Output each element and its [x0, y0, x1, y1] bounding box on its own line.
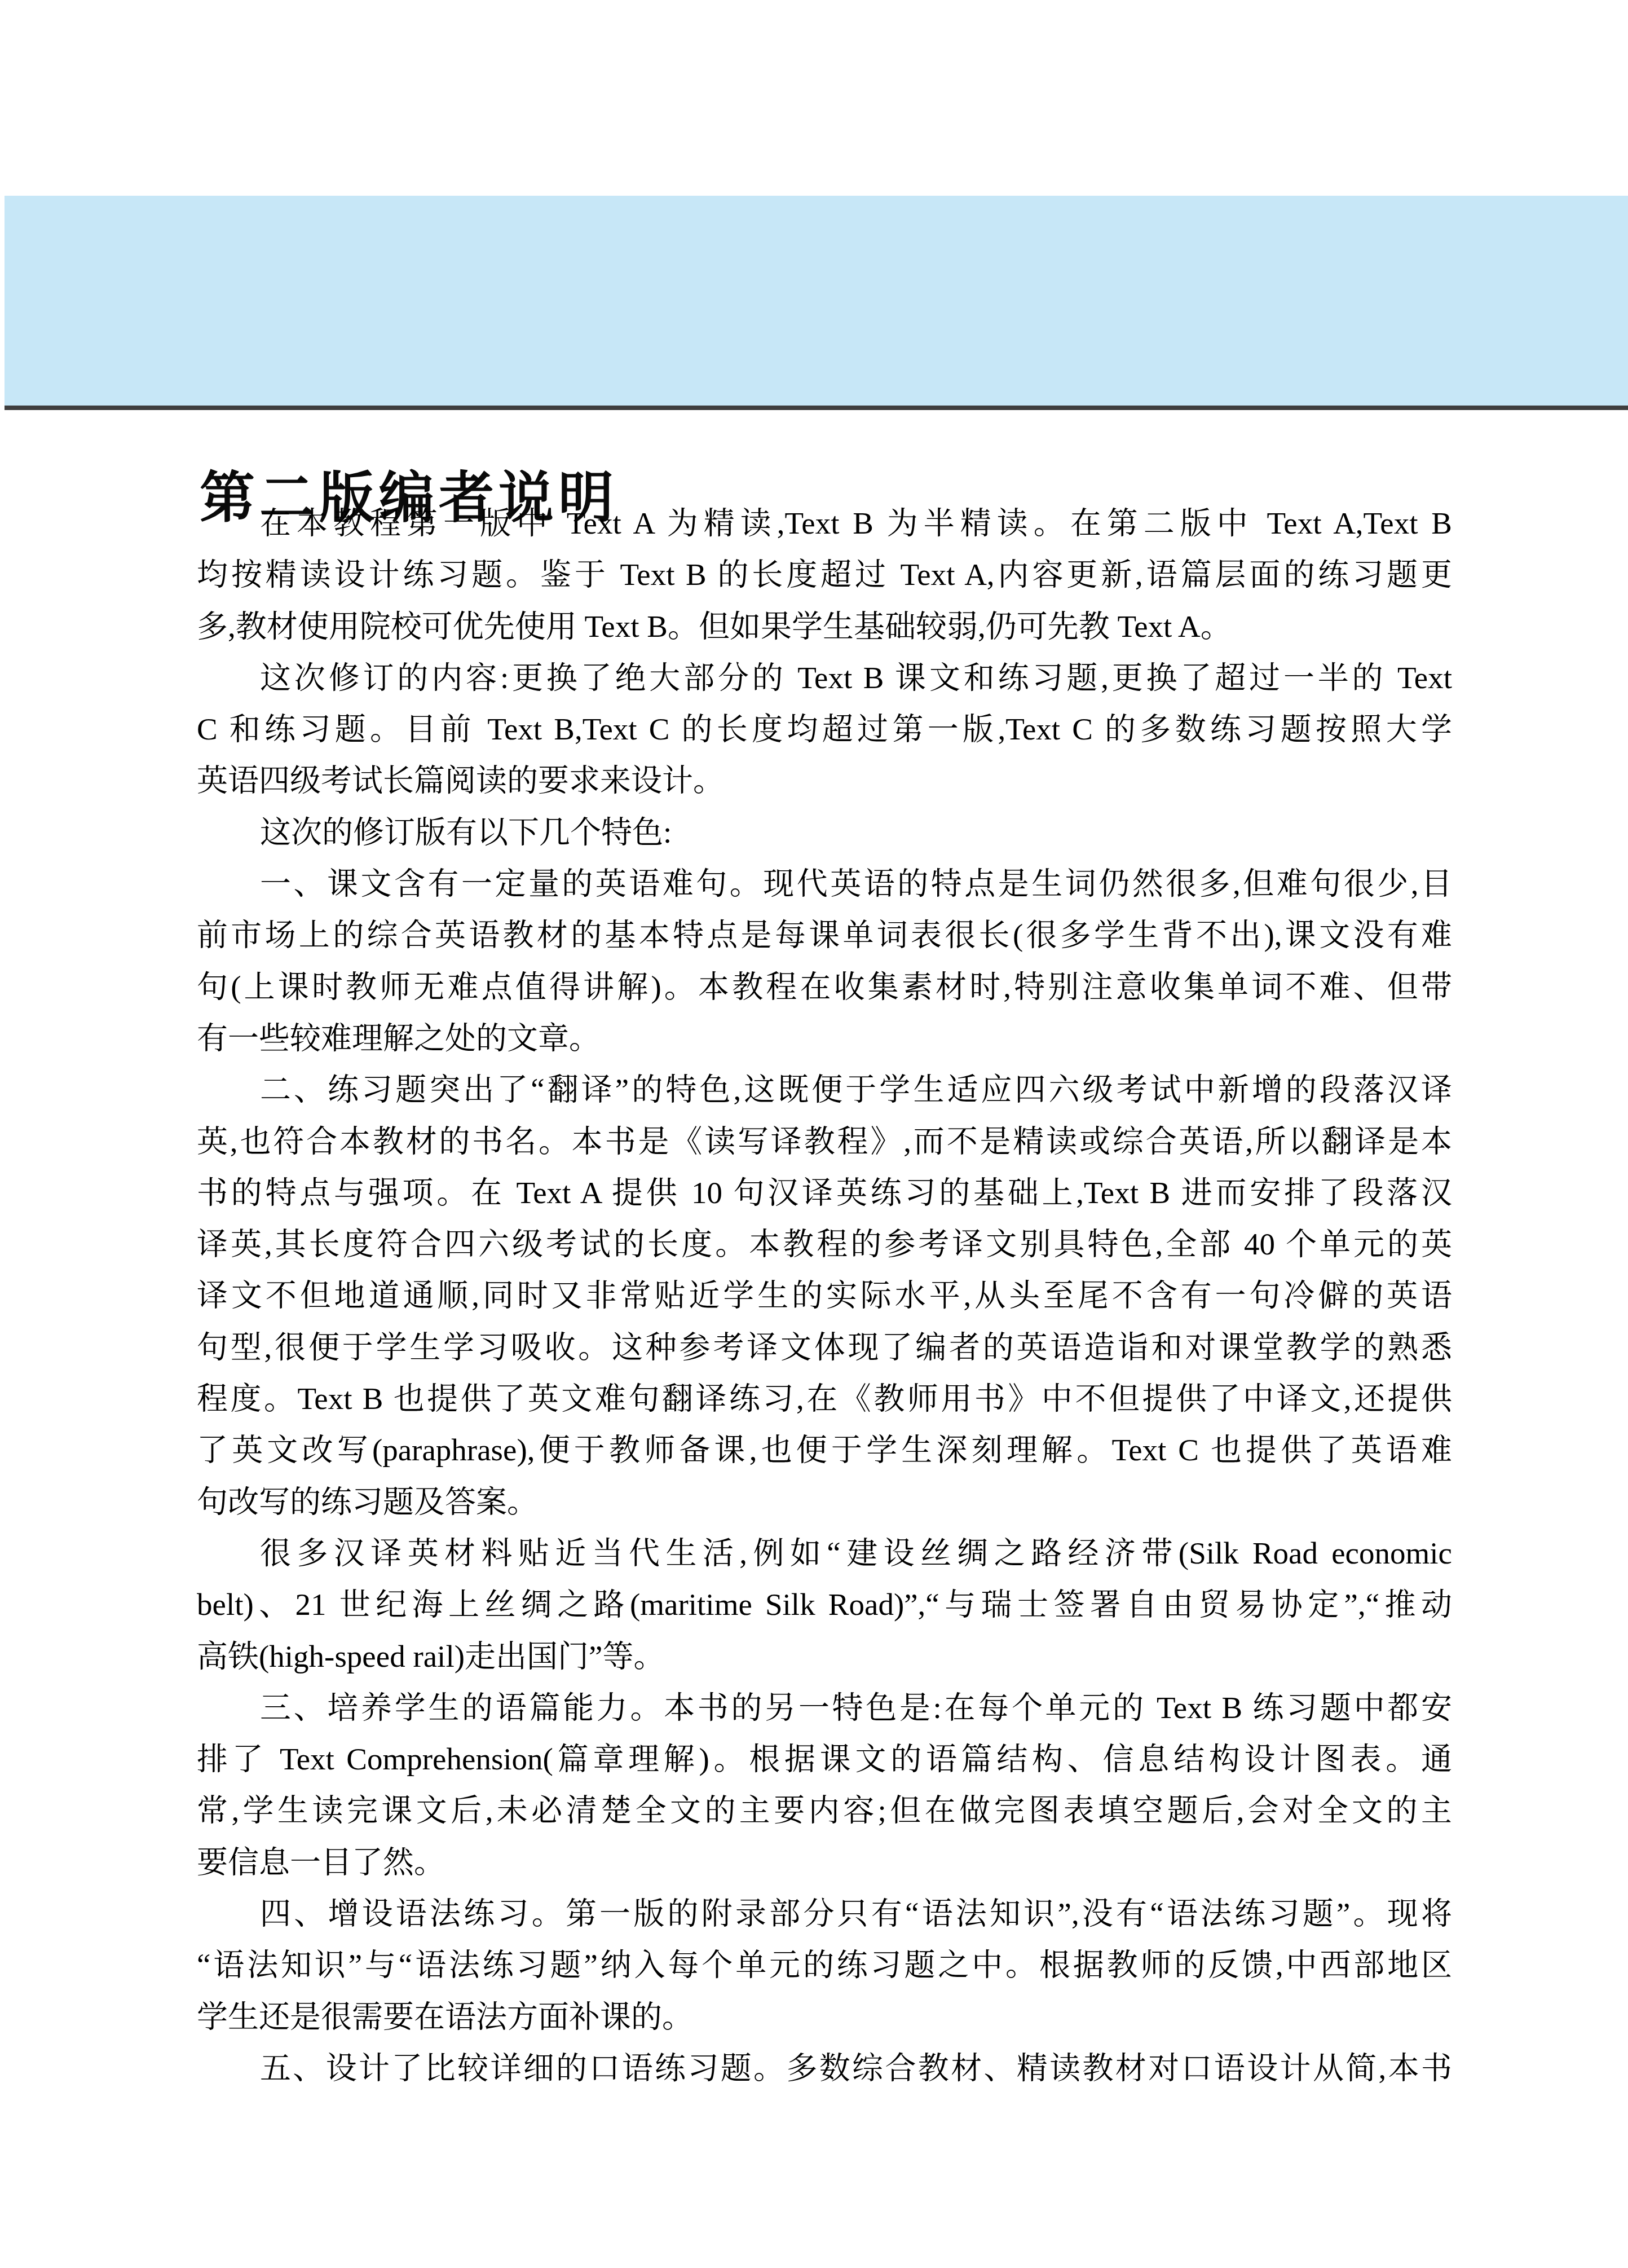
text-line: 多,教材使用院校可优先使用 Text B。但如果学生基础较弱,仍可先教 Text…: [197, 601, 1452, 652]
text-line: 英语四级考试长篇阅读的要求来设计。: [197, 755, 1452, 806]
text-line: 译英,其长度符合四六级考试的长度。本教程的参考译文别具特色,全部 40 个单元的…: [197, 1218, 1452, 1270]
text-line: 了英文改写(paraphrase),便于教师备课,也便于学生深刻理解。Text …: [197, 1424, 1452, 1476]
text-line: 五、设计了比较详细的口语练习题。多数综合教材、精读教材对口语设计从简,本书: [197, 2042, 1452, 2094]
text-line: 这次修订的内容:更换了绝大部分的 Text B 课文和练习题,更换了超过一半的 …: [197, 652, 1452, 703]
text-line: 有一些较难理解之处的文章。: [197, 1012, 1452, 1064]
text-line: 句改写的练习题及答案。: [197, 1476, 1452, 1527]
text-line: 学生还是很需要在语法方面补课的。: [197, 1991, 1452, 2042]
text-line: 程度。Text B 也提供了英文难句翻译练习,在《教师用书》中不但提供了中译文,…: [197, 1373, 1452, 1424]
text-line: 句型,很便于学生学习吸收。这种参考译文体现了编者的英语造诣和对课堂教学的熟悉: [197, 1322, 1452, 1373]
text-line: 这次的修订版有以下几个特色:: [197, 807, 1452, 858]
text-line: “语法知识”与“语法练习题”纳入每个单元的练习题之中。根据教师的反馈,中西部地区: [197, 1939, 1452, 1990]
text-line: 常,学生读完课文后,未必清楚全文的主要内容;但在做完图表填空题后,会对全文的主: [197, 1785, 1452, 1836]
text-line: 译文不但地道通顺,同时又非常贴近学生的实际水平,从头至尾不含有一句冷僻的英语: [197, 1270, 1452, 1321]
text-line: 三、培养学生的语篇能力。本书的另一特色是:在每个单元的 Text B 练习题中都…: [197, 1682, 1452, 1733]
text-line: 排了 Text Comprehension(篇章理解)。根据课文的语篇结构、信息…: [197, 1733, 1452, 1785]
text-line: 均按精读设计练习题。鉴于 Text B 的长度超过 Text A,内容更新,语篇…: [197, 549, 1452, 600]
document-body: 在本教程第一版中 Text A 为精读,Text B 为半精读。在第二版中 Te…: [197, 497, 1452, 2094]
text-line: 在本教程第一版中 Text A 为精读,Text B 为半精读。在第二版中 Te…: [197, 497, 1452, 549]
title-band: 第二版编者说明: [5, 196, 1628, 410]
book-page: 第二版编者说明 在本教程第一版中 Text A 为精读,Text B 为半精读。…: [0, 0, 1628, 2268]
text-line: 二、练习题突出了“翻译”的特色,这既便于学生适应四六级考试中新增的段落汉译: [197, 1064, 1452, 1115]
text-line: belt)、21 世纪海上丝绸之路(maritime Silk Road)”,“…: [197, 1579, 1452, 1630]
text-line: 四、增设语法练习。第一版的附录部分只有“语法知识”,没有“语法练习题”。现将: [197, 1888, 1452, 1939]
text-line: 很多汉译英材料贴近当代生活,例如“建设丝绸之路经济带(Silk Road eco…: [197, 1527, 1452, 1579]
text-line: 前市场上的综合英语教材的基本特点是每课单词表很长(很多学生背不出),课文没有难: [197, 909, 1452, 961]
text-line: C 和练习题。目前 Text B,Text C 的长度均超过第一版,Text C…: [197, 703, 1452, 755]
text-line: 高铁(high-speed rail)走出国门”等。: [197, 1631, 1452, 1682]
text-line: 英,也符合本教材的书名。本书是《读写译教程》,而不是精读或综合英语,所以翻译是本: [197, 1116, 1452, 1167]
text-line: 书的特点与强项。在 Text A 提供 10 句汉译英练习的基础上,Text B…: [197, 1167, 1452, 1218]
text-line: 要信息一目了然。: [197, 1837, 1452, 1888]
text-line: 一、课文含有一定量的英语难句。现代英语的特点是生词仍然很多,但难句很少,目: [197, 858, 1452, 909]
text-line: 句(上课时教师无难点值得讲解)。本教程在收集素材时,特别注意收集单词不难、但带: [197, 961, 1452, 1012]
